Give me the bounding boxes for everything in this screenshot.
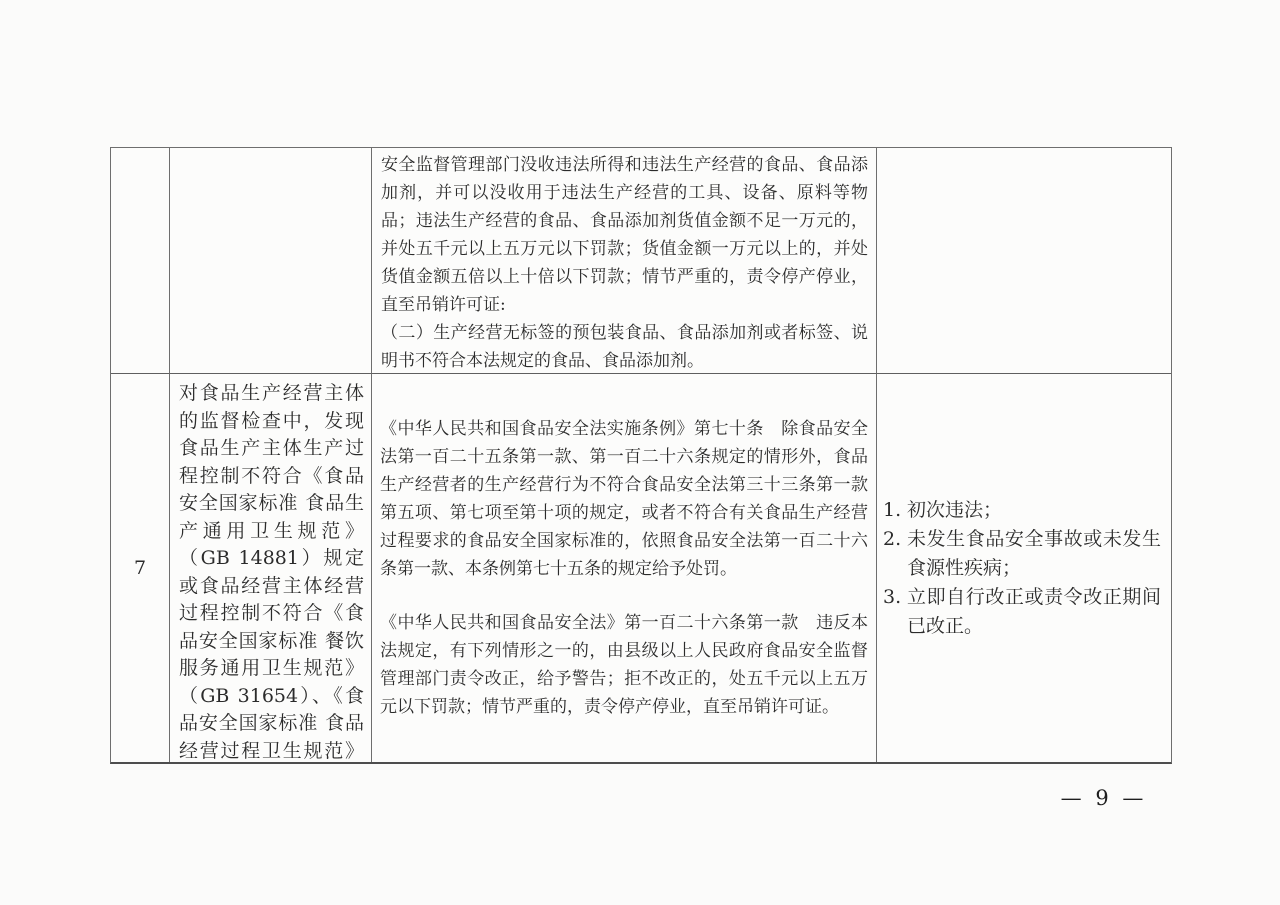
row6-conditions-cell bbox=[877, 148, 1171, 374]
condition-marker: 2. bbox=[883, 525, 907, 583]
row7-conditions-cell: 1. 初次违法； 2. 未发生食品安全事故或未发生食源性疾病； 3. 立即自行改… bbox=[877, 374, 1171, 762]
condition-item: 3. 立即自行改正或责令改正期间已改正。 bbox=[883, 583, 1161, 641]
page-number: — 9 — bbox=[1052, 786, 1152, 810]
condition-text: 未发生食品安全事故或未发生食源性疾病； bbox=[907, 525, 1161, 583]
condition-text: 初次违法； bbox=[907, 496, 1161, 525]
row7-legal-basis-cell: 《中华人民共和国食品安全法实施条例》第七十条 除食品安全法第一百二十五条第一款、… bbox=[372, 374, 877, 762]
row6-situation-cell bbox=[170, 148, 372, 374]
row7-situation-text: 对食品生产经营主体的监督检查中，发现食品生产主体生产过程控制不符合《食品安全国家… bbox=[179, 380, 364, 762]
condition-item: 2. 未发生食品安全事故或未发生食源性疾病； bbox=[883, 525, 1161, 583]
row6-legal-paragraph-2: （二）生产经营无标签的预包装食品、食品添加剂或者标签、说明书不符合本法规定的食品… bbox=[381, 319, 868, 374]
row7-legal-paragraph-1: 《中华人民共和国食品安全法实施条例》第七十条 除食品安全法第一百二十五条第一款、… bbox=[380, 415, 868, 583]
condition-text: 立即自行改正或责令改正期间已改正。 bbox=[907, 583, 1161, 641]
row6-legal-paragraph-1: 安全监督管理部门没收违法所得和违法生产经营的食品、食品添加剂，并可以没收用于违法… bbox=[381, 151, 868, 319]
row7-index: 7 bbox=[134, 557, 146, 579]
condition-marker: 1. bbox=[883, 496, 907, 525]
row7-legal-paragraph-2: 《中华人民共和国食品安全法》第一百二十六条第一款 违反本法规定，有下列情形之一的… bbox=[380, 609, 868, 721]
condition-marker: 3. bbox=[883, 583, 907, 641]
regulation-table: 安全监督管理部门没收违法所得和违法生产经营的食品、食品添加剂，并可以没收用于违法… bbox=[110, 147, 1172, 764]
condition-item: 1. 初次违法； bbox=[883, 496, 1161, 525]
row6-legal-basis-cell: 安全监督管理部门没收违法所得和违法生产经营的食品、食品添加剂，并可以没收用于违法… bbox=[372, 148, 877, 374]
document-page: 安全监督管理部门没收违法所得和违法生产经营的食品、食品添加剂，并可以没收用于违法… bbox=[0, 0, 1280, 905]
row7-situation-cell: 对食品生产经营主体的监督检查中，发现食品生产主体生产过程控制不符合《食品安全国家… bbox=[170, 374, 372, 762]
row7-index-cell: 7 bbox=[111, 374, 170, 762]
row6-index-cell bbox=[111, 148, 170, 374]
